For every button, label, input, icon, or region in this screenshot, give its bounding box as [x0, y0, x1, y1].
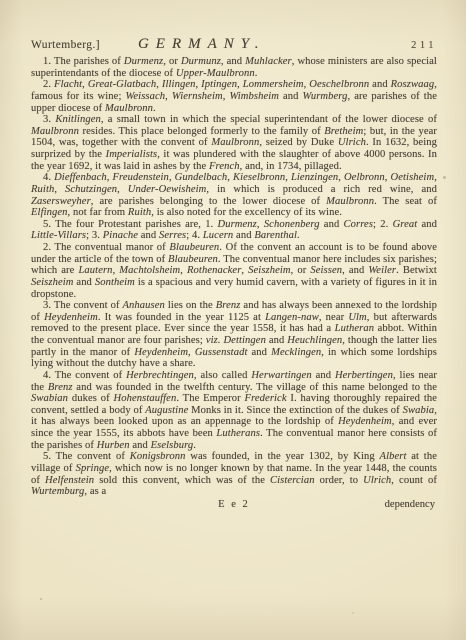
paragraph: 1. The parishes of Durmenz, or Durmunz, …	[31, 56, 437, 79]
text: . The seat of	[374, 196, 437, 207]
text: ,	[180, 265, 187, 276]
text: ; 3.	[86, 230, 103, 241]
italic-text: Maulbronn	[105, 103, 153, 114]
italic-text: Wurtemburg	[31, 486, 84, 497]
italic-text: Corres	[344, 219, 374, 230]
italic-text: Dieffenbach	[54, 172, 107, 183]
italic-text: Roszwaag	[391, 79, 435, 90]
italic-text: Blaubeuren	[168, 254, 218, 265]
italic-text: Elfingen	[31, 207, 68, 218]
signature-mark: E e 2	[31, 498, 437, 511]
paragraph: 3. The convent of Anhausen lies on the B…	[31, 300, 437, 370]
italic-text: Hurben	[97, 440, 130, 451]
text: . Betwixt	[396, 265, 437, 276]
text: , as a	[84, 486, 106, 497]
italic-text: Herbrechtingen	[126, 370, 194, 381]
italic-text: Rothenacker	[187, 265, 241, 276]
italic-text: Great	[393, 219, 418, 230]
italic-text: Heydenheim	[44, 312, 98, 323]
text: . The Emperor	[176, 393, 244, 404]
text: ,	[434, 172, 437, 183]
italic-text: Cistercian	[270, 475, 315, 486]
italic-text: Seiszheim	[248, 265, 291, 276]
text: , a small town in which the special supe…	[101, 114, 437, 125]
text: and	[233, 230, 254, 241]
paragraph: 4. The convent of Herbrechtingen, also c…	[31, 370, 437, 451]
text: 4. The convent of	[43, 370, 126, 381]
italic-text: Lutherans	[216, 428, 260, 439]
italic-text: Durmenz	[124, 56, 163, 67]
text: sold this convent, which was of the	[94, 475, 270, 486]
book-page: Wurtemberg.] GERMANY. 211 1. The parishe…	[0, 0, 466, 640]
text: , is also noted for the excellency of it…	[151, 207, 342, 218]
text: , count of	[391, 475, 437, 486]
page-number: 211	[411, 40, 437, 51]
text: .	[297, 230, 300, 241]
text: ; 2.	[373, 219, 393, 230]
text: ,	[54, 184, 65, 195]
text: , near	[319, 312, 348, 323]
italic-text: Heuchlingen	[287, 335, 342, 346]
italic-text: Lautern	[78, 265, 112, 276]
italic-text: Wiernsheim	[172, 91, 223, 102]
text: and	[417, 219, 437, 230]
italic-text: Ruith	[31, 184, 54, 195]
italic-text: Swabian	[31, 393, 68, 404]
italic-text: Blaubeuren	[169, 242, 219, 253]
text: , seized by Duke	[259, 137, 338, 148]
page-title: GERMANY.	[114, 36, 266, 53]
italic-text: Heydenheim	[134, 347, 188, 358]
italic-text: Wurmberg	[303, 91, 348, 102]
text: , and	[342, 265, 368, 276]
italic-text: Ruith	[128, 207, 151, 218]
italic-text: Kieselbronn	[233, 172, 285, 183]
italic-text: Mecklingen	[271, 347, 321, 358]
text: resides. This place belonged formerly to…	[79, 126, 324, 137]
italic-text: Herwartingen	[251, 370, 311, 381]
italic-text: Gussenstadt	[195, 347, 248, 358]
text: was founded, in the year 1302, by King	[185, 451, 379, 462]
italic-text: Oelbronn	[344, 172, 385, 183]
text: , not far from	[68, 207, 128, 218]
text: and	[312, 370, 335, 381]
italic-text: Imperialists	[106, 149, 158, 160]
italic-text: Helfenstein	[45, 475, 94, 486]
italic-text: Konigsbronn	[130, 451, 186, 462]
italic-text: Springe	[76, 463, 110, 474]
text: 1. The parishes of	[43, 56, 124, 67]
text: and	[74, 277, 95, 288]
text: and	[266, 335, 287, 346]
italic-text: Brenz	[48, 382, 73, 393]
text: 3.	[43, 114, 55, 125]
text: and	[279, 91, 303, 102]
text: and	[369, 79, 390, 90]
italic-text: Wimbsheim	[229, 91, 279, 102]
italic-text: French	[209, 161, 240, 172]
italic-text: Barenthal	[254, 230, 297, 241]
italic-text: Swabia	[403, 405, 435, 416]
italic-text: Durmunz	[181, 56, 221, 67]
italic-text: Frederick	[245, 393, 287, 404]
italic-text: Oetisheim	[391, 172, 435, 183]
text: . It was founded in the year 1125 at	[98, 312, 265, 323]
text: ,	[117, 184, 128, 195]
italic-text: Weiler	[368, 265, 396, 276]
italic-text: Under-Oewisheim	[128, 184, 207, 195]
italic-text: Seissen	[310, 265, 342, 276]
italic-text: Zasersweyher	[31, 196, 91, 207]
italic-text: Augustine	[145, 405, 188, 416]
text: 4.	[43, 172, 54, 183]
paragraph: 3. Knitlingen, a small town in which the…	[31, 114, 437, 172]
text: , and, in 1734, pillaged.	[240, 161, 342, 172]
text: .	[153, 103, 156, 114]
italic-text: Muhlacker	[245, 56, 292, 67]
italic-text: Lienzingen	[291, 172, 338, 183]
running-head-left: Wurtemberg.]	[31, 39, 100, 51]
italic-text: Schonenberg	[264, 219, 320, 230]
paragraph: 2. Flacht, Great-Glatbach, Illingen, Ipt…	[31, 79, 437, 114]
italic-text: Iptingen	[201, 79, 237, 90]
text: and was founded in the twelfth century. …	[73, 382, 437, 393]
text: lies on the	[165, 300, 216, 311]
running-header: Wurtemberg.] GERMANY. 211	[31, 36, 437, 53]
italic-text: viz. Dettingen	[206, 335, 266, 346]
italic-text: Freudenstein	[112, 172, 168, 183]
text: .	[193, 440, 196, 451]
italic-text: Schutzingen	[65, 184, 117, 195]
page-footer: E e 2 dependency	[31, 498, 437, 511]
italic-text: Serres	[159, 230, 186, 241]
italic-text: Ulrich	[338, 137, 366, 148]
italic-text: Hohenstauffen	[114, 393, 177, 404]
paragraph: 2. The conventual manor of Blaubeuren. O…	[31, 242, 437, 300]
italic-text: Lommersheim	[243, 79, 304, 90]
text: and	[138, 230, 159, 241]
text: , are parishes belonging to the lower di…	[91, 196, 326, 207]
text: , and	[221, 56, 245, 67]
italic-text: Weissach	[125, 91, 165, 102]
text: and	[320, 219, 344, 230]
paper-speck	[352, 612, 354, 614]
paragraph: 5. The four Protestant parishes are, 1. …	[31, 219, 437, 242]
italic-text: Heydenheim	[338, 416, 392, 427]
italic-text: Gundelbach	[175, 172, 228, 183]
italic-text: Herbertingen	[335, 370, 393, 381]
text: 5. The convent of	[43, 451, 130, 462]
text: ,	[165, 91, 172, 102]
text: 3. The convent of	[43, 300, 123, 311]
italic-text: Maulbronn	[211, 137, 259, 148]
italic-text: Illingen	[162, 79, 196, 90]
page-body: 1. The parishes of Durmenz, or Durmunz, …	[31, 56, 437, 498]
italic-text: Lutheran	[335, 323, 374, 334]
italic-text: Durmenz	[218, 219, 257, 230]
text: ,	[188, 347, 195, 358]
text: ; 4.	[186, 230, 203, 241]
catchword: dependency	[385, 498, 435, 511]
italic-text: Ulm	[348, 312, 366, 323]
italic-text: Bretheim	[324, 126, 363, 137]
italic-text: Sontheim	[95, 277, 135, 288]
italic-text: Oeschelbronn	[309, 79, 369, 90]
text: and	[247, 347, 271, 358]
text: 5. The four Protestant parishes are, 1.	[43, 219, 218, 230]
italic-text: Pinache	[103, 230, 138, 241]
text: , or	[163, 56, 181, 67]
text: 2. The conventual manor of	[43, 242, 169, 253]
italic-text: Machtolsheim	[119, 265, 180, 276]
italic-text: Anhausen	[123, 300, 165, 311]
italic-text: Little-Villars	[31, 230, 86, 241]
text: dukes of	[68, 393, 113, 404]
text: and	[130, 440, 151, 451]
italic-text: Flacht	[54, 79, 82, 90]
italic-text: Upper-Maulbronn	[176, 68, 255, 79]
text: ,	[257, 219, 264, 230]
text: , also called	[194, 370, 251, 381]
italic-text: Langen-naw	[265, 312, 319, 323]
text: .	[255, 68, 258, 79]
paragraph: 4. Dieffenbach, Freudenstein, Gundelbach…	[31, 172, 437, 219]
text: order, to	[315, 475, 364, 486]
italic-text: Brenz	[216, 300, 241, 311]
italic-text: Eselsburg	[151, 440, 194, 451]
italic-text: Albert	[380, 451, 407, 462]
italic-text: Maulbronn	[326, 196, 374, 207]
paper-speck	[40, 598, 42, 600]
text: , or	[291, 265, 311, 276]
italic-text: Lucern	[203, 230, 233, 241]
italic-text: Ulrich	[363, 475, 391, 486]
text: 2.	[43, 79, 54, 90]
paper-speck	[443, 176, 446, 179]
italic-text: Maulbronn	[31, 126, 79, 137]
italic-text: Great-Glatbach	[88, 79, 156, 90]
text: , in which is produced a rich red wine, …	[206, 184, 437, 195]
text: Monks in it. Since the extinction of the…	[188, 405, 402, 416]
paragraph: 5. The convent of Konigsbronn was founde…	[31, 451, 437, 498]
italic-text: Knitlingen	[55, 114, 101, 125]
italic-text: Seiszheim	[31, 277, 74, 288]
